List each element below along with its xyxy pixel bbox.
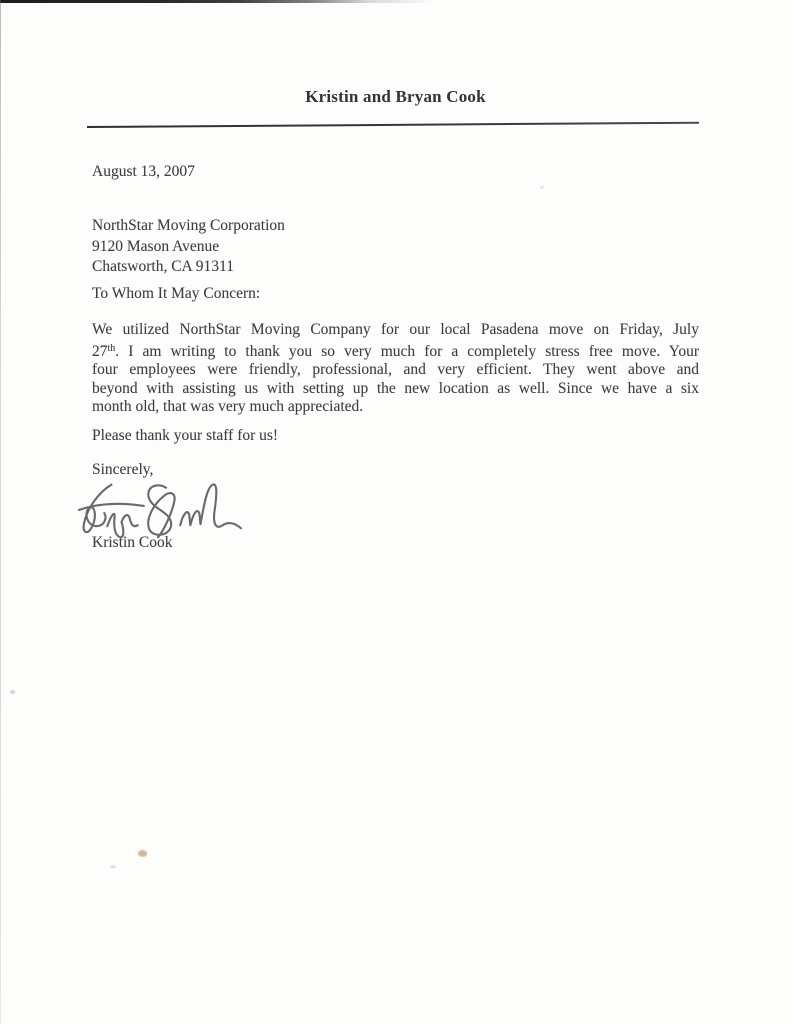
body-line-2-rest: . I am writing to thank you so very much…	[115, 343, 699, 360]
handwritten-signature-icon	[77, 479, 243, 541]
body-line-2: 27th. I am writing to thank you so very …	[92, 340, 699, 362]
closing-thanks: Please thank your staff for us!	[92, 427, 278, 445]
body-line-4: beyond with assisting us with setting up…	[92, 380, 699, 399]
letter-date: August 13, 2007	[92, 163, 195, 181]
scan-edge-artifact-top	[0, 0, 560, 3]
salutation: To Whom It May Concern:	[92, 285, 260, 303]
signer-name: Kristin Cook	[92, 534, 173, 552]
letterhead-name: Kristin and Bryan Cook	[0, 87, 791, 107]
body-paragraph: We utilized NorthStar Moving Company for…	[92, 321, 699, 417]
scan-edge-artifact-left	[0, 0, 1, 1024]
scan-speck	[10, 690, 15, 694]
closing-signoff: Sincerely,	[92, 461, 153, 479]
body-line-3: four employees were friendly, profession…	[92, 361, 699, 380]
scan-speck	[137, 849, 148, 858]
body-line-5: month old, that was very much appreciate…	[92, 398, 699, 417]
recipient-city-state-zip: Chatsworth, CA 91311	[92, 257, 285, 278]
body-line-1: We utilized NorthStar Moving Company for…	[92, 321, 699, 340]
scan-speck	[540, 186, 544, 189]
body-line-2-daynum: 27	[92, 343, 108, 360]
recipient-company: NorthStar Moving Corporation	[92, 216, 285, 237]
recipient-address: NorthStar Moving Corporation 9120 Mason …	[92, 216, 285, 278]
recipient-street: 9120 Mason Avenue	[92, 237, 285, 258]
letterhead-rule	[87, 122, 699, 128]
scanned-letter-page: Kristin and Bryan Cook August 13, 2007 N…	[0, 0, 791, 1024]
scan-speck	[110, 866, 116, 868]
